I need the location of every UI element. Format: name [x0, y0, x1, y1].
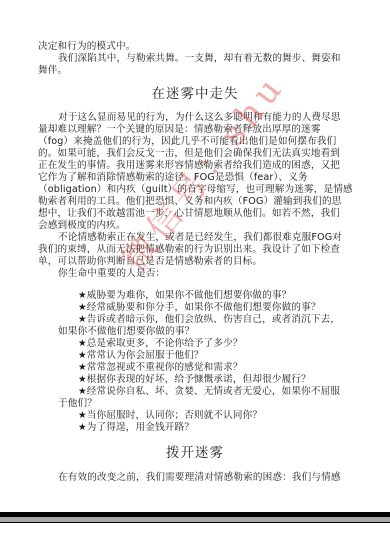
paragraph-line: 想中，让我们不敢越雷池一步，心甘情愿地顺从他们。如若不然，我们 — [38, 208, 340, 220]
checklist-item-continuation: 于他们？ — [58, 398, 97, 410]
paragraph-line: 在有效的改变之前，我们需要理清对情感勒索的困惑：我们与情感 — [58, 472, 341, 484]
document-page: 决定和行为的模式中。 我们深陷其中，与勒索共舞。一支舞，却有着无数的舞步、舞姿和… — [0, 0, 390, 546]
checklist-item: ★威胁要为难你，如果你不做他们想要你做的事？ — [78, 290, 291, 302]
checklist-item-continuation: 如果你不做他们想要你做的事？ — [58, 326, 194, 338]
paragraph-line: （obligation）和内疚（guilt）的首字母缩写，也可理解为迷雾，是情感 — [38, 184, 353, 196]
checklist-item: ★当你屈服时，认同你；否则就不认同你？ — [78, 410, 262, 422]
paragraph-line: 我们的束缚，从而无法把情感勒索的行为识别出来。我设计了如下检查 — [38, 244, 340, 256]
paragraph-line: 决定和行为的模式中。 — [38, 41, 135, 53]
paragraph-line: 正在发生的事情。我用迷雾来形容情感勒索者给我们造成的困惑，又把 — [38, 160, 340, 172]
checklist-item: ★经常说你自私、坏、贪婪、无情或者无爱心，如果你不屈服 — [78, 386, 340, 398]
checklist-item: ★经常威胁要和你分手，如果你不做他们想要你做的事？ — [78, 302, 321, 314]
paragraph-line: 单，可以帮助你判断自己是否是情感勒索者的目标。 — [38, 256, 262, 268]
paragraph-line: 会感到极度的内疚。 — [38, 220, 126, 232]
paragraph-line: 不论情感勒索正在发生，或者是已经发生，我们都很难克服FOG对 — [58, 232, 342, 244]
checklist-item: ★总是索取更多，不论你给予了多少？ — [78, 338, 243, 350]
section-heading-clear-fog: 拨开迷雾 — [0, 445, 390, 461]
paragraph-line: 对于这么显而易见的行为，为什么这么多聪明和有能力的人费尽思 — [58, 112, 341, 124]
checklist-item: ★告诉或者暗示你，他们会放纵、伤害自己，或者消沉下去， — [78, 314, 340, 326]
checklist-item: ★常常认为你会屈服于他们？ — [78, 350, 204, 362]
checklist-item: ★常常忽视或不重视你的感觉和需求？ — [78, 362, 243, 374]
paragraph-line: 我们深陷其中，与勒索共舞。一支舞，却有着无数的舞步、舞姿和 — [58, 53, 341, 65]
paragraph-line: 量却难以理解？一个关键的原因是：情感勒索者释放出厚厚的迷雾 — [38, 124, 321, 136]
page-footer-rule-thin — [0, 522, 390, 523]
checklist-item: ★为了得逞，用金钱开路？ — [78, 422, 194, 434]
paragraph-line: （fog）来掩盖他们的行为，因此几乎不可能看出他们是如何摆布我们 — [38, 136, 336, 148]
paragraph-line: 舞伴。 — [38, 65, 67, 77]
paragraph-line: 你生命中重要的人是否： — [58, 268, 165, 280]
paragraph-line: 勒索者利用的工具。他们把恐惧、义务和内疚（FOG）灌输到我们的思 — [38, 196, 342, 208]
paragraph-line: 它作为了解和消除情感勒索的途径。FOG是恐惧（fear）、义务 — [38, 172, 308, 184]
section-heading-lost-in-fog: 在迷雾中走失 — [0, 86, 390, 102]
paragraph-line: 的。如果可能，我们会反戈一击，但是他们会确保我们无法真实地看到 — [38, 148, 340, 160]
checklist-item: ★根据你表现的好坏，给予慷慨承诺，但却很少履行？ — [78, 374, 311, 386]
